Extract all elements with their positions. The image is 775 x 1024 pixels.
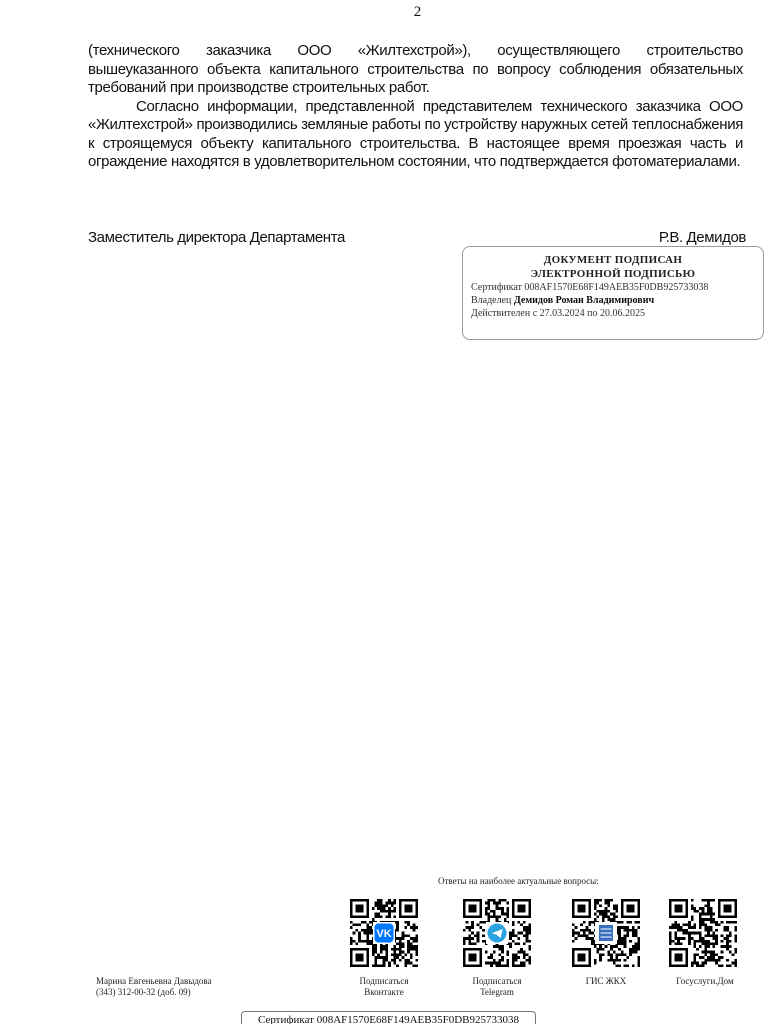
certificate-bar: Сертификат 008AF1570E68F149AEB35F0DB9257… — [241, 1011, 536, 1024]
contact-info: Марина Евгеньевна Давыдова (343) 312-00-… — [96, 976, 212, 998]
body-paragraph-2: Согласно информации, представленной пред… — [88, 98, 743, 172]
qr-code-gosuslugi-dom[interactable] — [669, 899, 737, 967]
page-number: 2 — [0, 4, 775, 21]
stamp-heading: ДОКУМЕНТ ПОДПИСАН ЭЛЕКТРОННОЙ ПОДПИСЬЮ — [463, 253, 763, 281]
qr-code-graphic: VK — [350, 899, 418, 967]
qr-code-telegram[interactable] — [463, 899, 531, 967]
stamp-certificate: Сертификат 008AF1570E68F149AEB35F0DB9257… — [471, 281, 763, 294]
qr-code-gis-zhkh[interactable] — [572, 899, 640, 967]
qr-code-vk[interactable]: VK — [350, 899, 418, 967]
qr-label-telegram: ПодписатьсяTelegram — [452, 976, 542, 998]
contact-name: Марина Евгеньевна Давыдова — [96, 976, 212, 987]
qr-label-gosuslugi-dom: Госуслуги.Дом — [660, 976, 750, 987]
qr-label-vk: ПодписатьсяВконтакте — [339, 976, 429, 998]
qr-code-graphic — [572, 899, 640, 967]
body-paragraph-1: (технического заказчика ООО «Жилтехстрой… — [88, 42, 743, 98]
qr-code-graphic — [669, 899, 737, 967]
stamp-owner: Владелец Демидов Роман Владимирович — [471, 294, 763, 307]
contact-phone: (343) 312-00-32 (доб. 09) — [96, 987, 212, 998]
electronic-signature-stamp: ДОКУМЕНТ ПОДПИСАН ЭЛЕКТРОННОЙ ПОДПИСЬЮ С… — [462, 246, 764, 340]
signer-name: Р.В. Демидов — [659, 229, 746, 246]
letter-body: (технического заказчика ООО «Жилтехстрой… — [88, 42, 743, 172]
qr-code-graphic — [463, 899, 531, 967]
qr-label-gis-zhkh: ГИС ЖКХ — [561, 976, 651, 987]
faq-heading: Ответы на наиболее актуальные вопросы: — [438, 876, 599, 886]
signer-position: Заместитель директора Департамента — [88, 229, 345, 246]
svg-text:VK: VK — [376, 928, 391, 940]
stamp-validity: Действителен с 27.03.2024 по 20.06.2025 — [471, 307, 763, 320]
